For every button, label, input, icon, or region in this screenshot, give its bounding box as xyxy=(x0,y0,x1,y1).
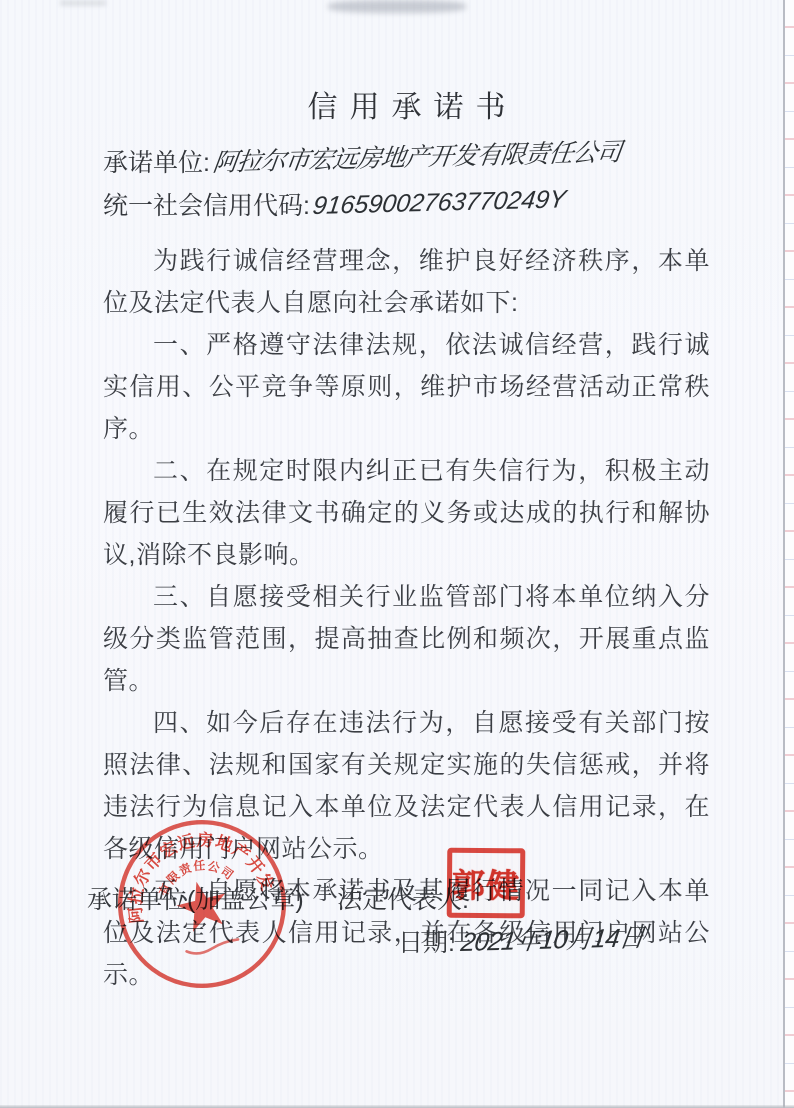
handwritten-date: 2021年10月14日 xyxy=(459,917,647,959)
promising-unit-row: 承诺单位:阿拉尔市宏远房地产开发有限责任公司 xyxy=(103,142,710,185)
handwritten-credit-code: 91659002763770249Y xyxy=(310,178,569,228)
promising-unit-label: 承诺单位: xyxy=(103,149,210,177)
name-stamp-text: 郭健 xyxy=(452,859,520,907)
date-label: 日期: xyxy=(398,929,455,957)
body-paragraph-1: 一、严格遵守法律法规，依法诚信经营，践行诚实信用、公平竞争等原则，维护市场经营活… xyxy=(103,324,710,450)
company-seal-graphic: 阿拉尔市宏远房地产开发 有限责任公司 xyxy=(91,796,312,1011)
company-seal-stamp: 阿拉尔市宏远房地产开发 有限责任公司 xyxy=(110,816,294,992)
body-paragraph-2: 二、在规定时限内纠正已有失信行为，积极主动履行已生效法律文书确定的义务或达成的执… xyxy=(103,450,710,576)
document-title: 信用承诺书 xyxy=(103,82,710,126)
document-header-fields: 承诺单位:阿拉尔市宏远房地产开发有限责任公司 统一社会信用代码:91659002… xyxy=(103,142,710,228)
body-paragraph-intro: 为践行诚信经营理念，维护良好经济秩序，本单位及法定代表人自愿向社会承诺如下: xyxy=(103,240,710,324)
credit-code-row: 统一社会信用代码:91659002763770249Y xyxy=(103,185,710,228)
date-row: 日期:2021年10月14日 xyxy=(398,922,642,959)
handwritten-company-name: 阿拉尔市宏远房地产开发有限责任公司 xyxy=(210,131,624,185)
scanned-document-page: 信用承诺书 承诺单位:阿拉尔市宏远房地产开发有限责任公司 统一社会信用代码:91… xyxy=(0,0,794,1108)
seal-bottom-squiggle xyxy=(187,939,239,957)
credit-code-label: 统一社会信用代码: xyxy=(103,192,310,220)
body-paragraph-3: 三、自愿接受相关行业监管部门将本单位纳入分级分类监管范围，提高抽查比例和频次，开… xyxy=(103,576,710,702)
legal-representative-name-stamp: 郭健 xyxy=(447,848,526,919)
seal-star-icon xyxy=(172,876,232,934)
